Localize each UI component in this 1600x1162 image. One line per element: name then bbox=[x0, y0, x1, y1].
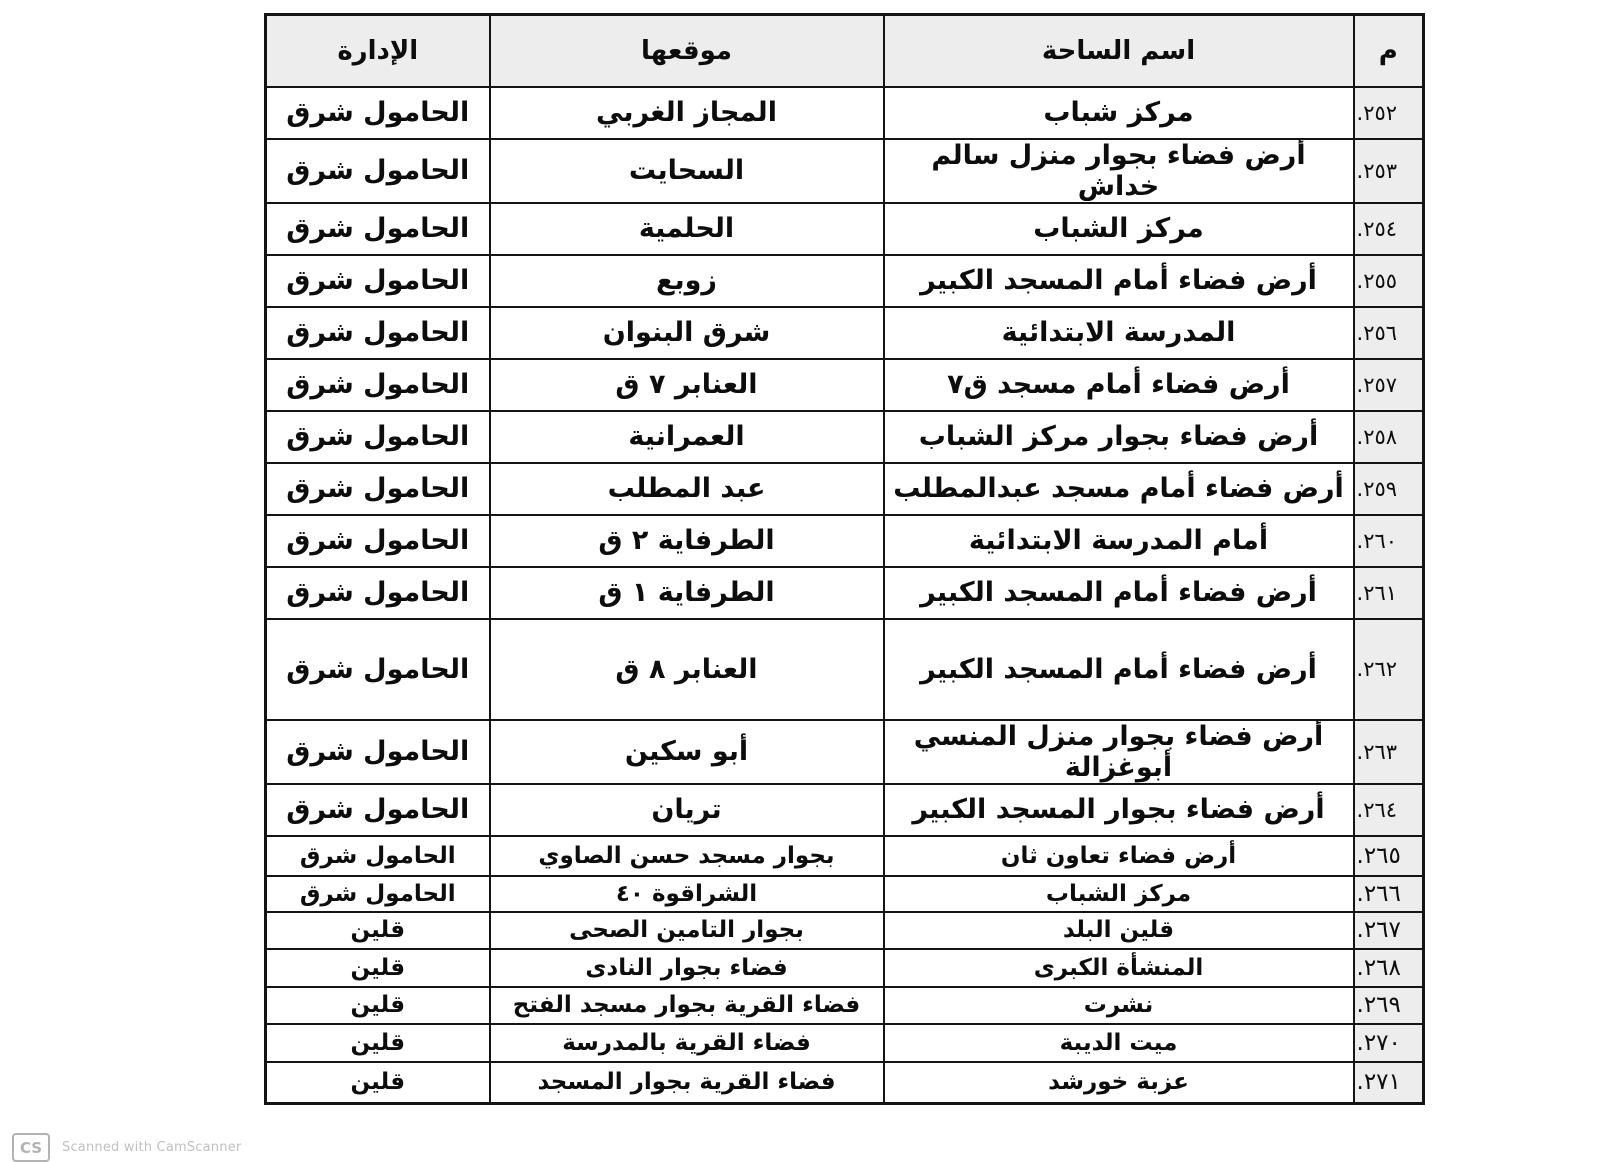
cell-location: السحايت bbox=[490, 139, 884, 203]
cell-location: بجوار التامين الصحى bbox=[490, 912, 884, 949]
cell-name: أرض فضاء أمام المسجد الكبير bbox=[884, 619, 1354, 720]
cell-name: أرض فضاء أمام مسجد ق٧ bbox=[884, 359, 1354, 411]
cell-name: مركز الشباب bbox=[884, 876, 1354, 912]
cell-name: أرض فضاء أمام المسجد الكبير bbox=[884, 567, 1354, 619]
header-admin: الإدارة bbox=[266, 15, 490, 87]
cell-num: ٢٦٣. bbox=[1354, 720, 1424, 784]
cell-admin: الحامول شرق bbox=[266, 203, 490, 255]
cell-num: ٢٧١. bbox=[1354, 1062, 1424, 1104]
cell-admin: الحامول شرق bbox=[266, 307, 490, 359]
cell-admin: الحامول شرق bbox=[266, 87, 490, 139]
cell-num: ٢٥٤. bbox=[1354, 203, 1424, 255]
cell-location: فضاء القرية بالمدرسة bbox=[490, 1024, 884, 1062]
cell-location: أبو سكين bbox=[490, 720, 884, 784]
cell-admin: الحامول شرق bbox=[266, 720, 490, 784]
table-row: ٢٦٣.أرض فضاء بجوار منزل المنسي أبوغزالةأ… bbox=[266, 720, 1424, 784]
table-row: ٢٥٤.مركز الشبابالحلميةالحامول شرق bbox=[266, 203, 1424, 255]
cell-name: أرض فضاء بجوار منزل سالم خداش bbox=[884, 139, 1354, 203]
cell-location: فضاء القرية بجوار مسجد الفتح bbox=[490, 987, 884, 1024]
cell-location: تريان bbox=[490, 784, 884, 836]
table-row: ٢٥٥.أرض فضاء أمام المسجد الكبيرزوبعالحام… bbox=[266, 255, 1424, 307]
cell-location: فضاء القرية بجوار المسجد bbox=[490, 1062, 884, 1104]
header-name: اسم الساحة bbox=[884, 15, 1354, 87]
header-num: م bbox=[1354, 15, 1424, 87]
cell-num: ٢٦٢. bbox=[1354, 619, 1424, 720]
table-row: ٢٧٠.ميت الديبةفضاء القرية بالمدرسةقلين bbox=[266, 1024, 1424, 1062]
scanned-document-page: { "colors": { "shaded_cell_bg": "#ededed… bbox=[0, 0, 1600, 1162]
table-row: ٢٦٤.أرض فضاء بجوار المسجد الكبيرتريانالح… bbox=[266, 784, 1424, 836]
cell-admin: الحامول شرق bbox=[266, 411, 490, 463]
table-row: ٢٥٧.أرض فضاء أمام مسجد ق٧العنابر ٧ قالحا… bbox=[266, 359, 1424, 411]
cell-num: ٢٦١. bbox=[1354, 567, 1424, 619]
cell-location: الحلمية bbox=[490, 203, 884, 255]
table-row: ٢٦٥.أرض فضاء تعاون ثانبجوار مسجد حسن الص… bbox=[266, 836, 1424, 876]
table-row: ٢٥٨.أرض فضاء بجوار مركز الشبابالعمرانيةا… bbox=[266, 411, 1424, 463]
cell-admin: قلين bbox=[266, 987, 490, 1024]
cell-admin: الحامول شرق bbox=[266, 876, 490, 912]
cell-num: ٢٦٤. bbox=[1354, 784, 1424, 836]
cell-location: الطرفاية ١ ق bbox=[490, 567, 884, 619]
cell-num: ٢٥٦. bbox=[1354, 307, 1424, 359]
cell-name: قلين البلد bbox=[884, 912, 1354, 949]
cell-name: أرض فضاء أمام مسجد عبدالمطلب bbox=[884, 463, 1354, 515]
camscanner-text: Scanned with CamScanner bbox=[62, 1140, 241, 1155]
cell-name: نشرت bbox=[884, 987, 1354, 1024]
cell-location: الطرفاية ٢ ق bbox=[490, 515, 884, 567]
table-row: ٢٧١.عزبة خورشدفضاء القرية بجوار المسجدقل… bbox=[266, 1062, 1424, 1104]
cell-num: ٢٥٥. bbox=[1354, 255, 1424, 307]
cell-admin: الحامول شرق bbox=[266, 255, 490, 307]
table-row: ٢٦٢.أرض فضاء أمام المسجد الكبيرالعنابر ٨… bbox=[266, 619, 1424, 720]
table-row: ٢٦٠.أمام المدرسة الابتدائيةالطرفاية ٢ قا… bbox=[266, 515, 1424, 567]
table-row: ٢٦١.أرض فضاء أمام المسجد الكبيرالطرفاية … bbox=[266, 567, 1424, 619]
cell-admin: الحامول شرق bbox=[266, 463, 490, 515]
cell-name: المدرسة الابتدائية bbox=[884, 307, 1354, 359]
cell-location: بجوار مسجد حسن الصاوي bbox=[490, 836, 884, 876]
cell-num: ٢٦٠. bbox=[1354, 515, 1424, 567]
cell-admin: الحامول شرق bbox=[266, 515, 490, 567]
cell-location: عبد المطلب bbox=[490, 463, 884, 515]
cell-admin: قلين bbox=[266, 1024, 490, 1062]
cell-admin: الحامول شرق bbox=[266, 836, 490, 876]
cell-num: ٢٦٧. bbox=[1354, 912, 1424, 949]
cell-num: ٢٥٧. bbox=[1354, 359, 1424, 411]
cell-num: ٢٦٨. bbox=[1354, 949, 1424, 987]
camscanner-watermark: CS Scanned with CamScanner bbox=[12, 1133, 241, 1162]
cell-location: الشراقوة ٤٠ bbox=[490, 876, 884, 912]
cell-name: أرض فضاء بجوار مركز الشباب bbox=[884, 411, 1354, 463]
cell-admin: الحامول شرق bbox=[266, 567, 490, 619]
cell-name: أرض فضاء بجوار المسجد الكبير bbox=[884, 784, 1354, 836]
table-row: ٢٦٦.مركز الشبابالشراقوة ٤٠الحامول شرق bbox=[266, 876, 1424, 912]
table-body: ٢٥٢.مركز شبابالمجاز الغربيالحامول شرق٢٥٣… bbox=[266, 87, 1424, 1104]
table-row: ٢٦٨.المنشأة الكبرىفضاء بجوار النادىقلين bbox=[266, 949, 1424, 987]
cell-num: ٢٧٠. bbox=[1354, 1024, 1424, 1062]
camscanner-icon: CS bbox=[12, 1133, 50, 1162]
cell-name: مركز الشباب bbox=[884, 203, 1354, 255]
cell-num: ٢٦٩. bbox=[1354, 987, 1424, 1024]
cell-location: العنابر ٨ ق bbox=[490, 619, 884, 720]
cell-admin: قلين bbox=[266, 949, 490, 987]
table-row: ٢٦٩.نشرتفضاء القرية بجوار مسجد الفتحقلين bbox=[266, 987, 1424, 1024]
cell-name: أرض فضاء تعاون ثان bbox=[884, 836, 1354, 876]
cell-name: أرض فضاء أمام المسجد الكبير bbox=[884, 255, 1354, 307]
cell-admin: الحامول شرق bbox=[266, 619, 490, 720]
table-row: ٢٦٧.قلين البلدبجوار التامين الصحىقلين bbox=[266, 912, 1424, 949]
table-header: م اسم الساحة موقعها الإدارة bbox=[266, 15, 1424, 87]
cell-num: ٢٥٩. bbox=[1354, 463, 1424, 515]
cell-admin: قلين bbox=[266, 912, 490, 949]
cell-admin: الحامول شرق bbox=[266, 139, 490, 203]
cell-location: العنابر ٧ ق bbox=[490, 359, 884, 411]
cell-location: زوبع bbox=[490, 255, 884, 307]
cell-num: ٢٦٦. bbox=[1354, 876, 1424, 912]
table-row: ٢٥٣.أرض فضاء بجوار منزل سالم خداشالسحايت… bbox=[266, 139, 1424, 203]
header-row: م اسم الساحة موقعها الإدارة bbox=[266, 15, 1424, 87]
header-location: موقعها bbox=[490, 15, 884, 87]
cell-num: ٢٥٣. bbox=[1354, 139, 1424, 203]
cell-num: ٢٥٨. bbox=[1354, 411, 1424, 463]
table-row: ٢٥٩.أرض فضاء أمام مسجد عبدالمطلبعبد المط… bbox=[266, 463, 1424, 515]
cell-num: ٢٦٥. bbox=[1354, 836, 1424, 876]
cell-name: أمام المدرسة الابتدائية bbox=[884, 515, 1354, 567]
cell-admin: الحامول شرق bbox=[266, 359, 490, 411]
table-row: ٢٥٢.مركز شبابالمجاز الغربيالحامول شرق bbox=[266, 87, 1424, 139]
cell-name: أرض فضاء بجوار منزل المنسي أبوغزالة bbox=[884, 720, 1354, 784]
cell-admin: قلين bbox=[266, 1062, 490, 1104]
cell-name: ميت الديبة bbox=[884, 1024, 1354, 1062]
cell-location: العمرانية bbox=[490, 411, 884, 463]
cell-location: شرق البنوان bbox=[490, 307, 884, 359]
cell-location: المجاز الغربي bbox=[490, 87, 884, 139]
cell-name: المنشأة الكبرى bbox=[884, 949, 1354, 987]
table-row: ٢٥٦.المدرسة الابتدائيةشرق البنوانالحامول… bbox=[266, 307, 1424, 359]
cell-admin: الحامول شرق bbox=[266, 784, 490, 836]
cell-name: عزبة خورشد bbox=[884, 1062, 1354, 1104]
cell-name: مركز شباب bbox=[884, 87, 1354, 139]
cell-num: ٢٥٢. bbox=[1354, 87, 1424, 139]
cell-location: فضاء بجوار النادى bbox=[490, 949, 884, 987]
squares-table: م اسم الساحة موقعها الإدارة ٢٥٢.مركز شبا… bbox=[264, 13, 1425, 1105]
